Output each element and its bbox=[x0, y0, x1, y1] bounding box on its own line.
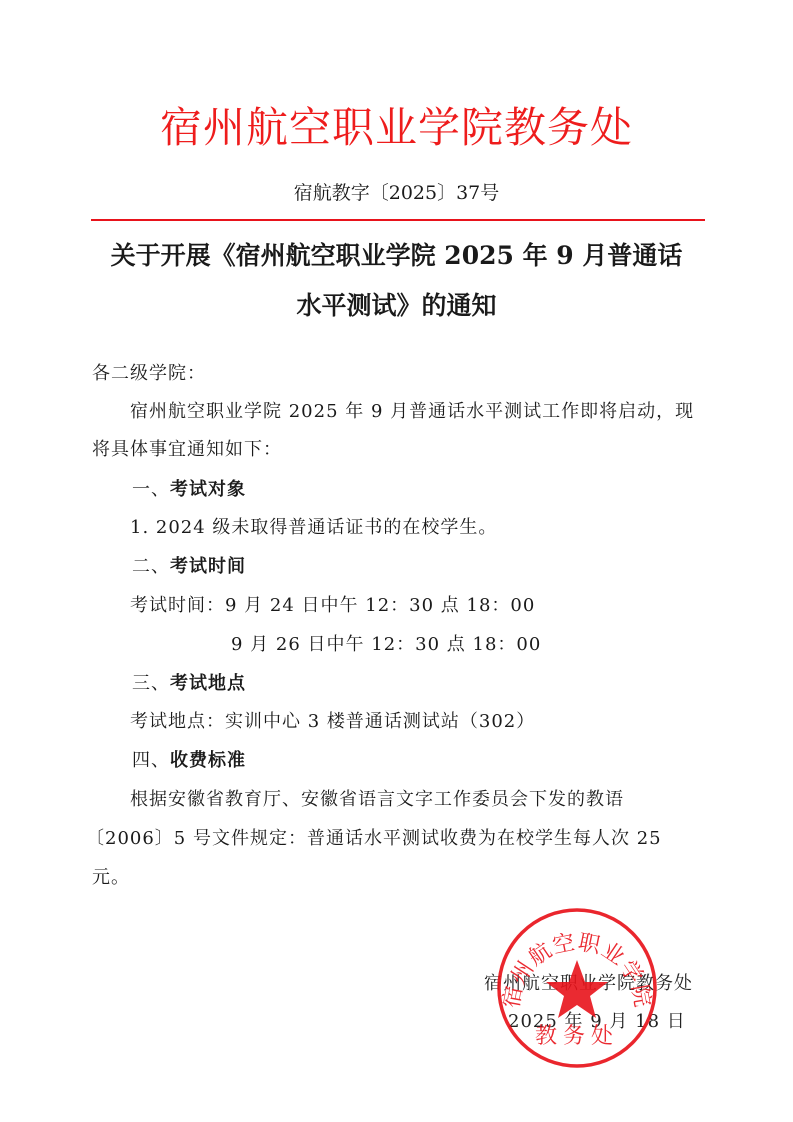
org-letterhead-title: 宿州航空职业学院教务处 bbox=[0, 100, 793, 156]
official-seal-icon: 宿州航空职业学院 教务处 bbox=[495, 905, 659, 1071]
seal-bottom-text: 教务处 bbox=[535, 1024, 619, 1049]
fee-standard-line-1: 根据安徽省教育厅、安徽省语言文字工作委员会下发的教语 bbox=[130, 788, 624, 812]
section-heading-fee-standard: 四、收费标准 bbox=[132, 749, 246, 773]
section-heading-exam-target: 一、考试对象 bbox=[132, 478, 246, 502]
intro-paragraph-line-2: 将具体事宜通知如下： bbox=[92, 438, 282, 462]
exam-location-line: 考试地点：实训中心 3 楼普通话测试站（302） bbox=[130, 710, 535, 734]
fee-standard-line-2: 〔2006〕5 号文件规定：普通话水平测试收费为在校学生每人次 25 bbox=[86, 827, 662, 851]
document-number: 宿航教字〔2025〕37号 bbox=[0, 180, 793, 206]
exam-time-line-2: 9 月 26 日中午 12：30 点 18：00 bbox=[231, 633, 541, 657]
section-heading-exam-time: 二、考试时间 bbox=[132, 555, 246, 579]
red-divider-line bbox=[91, 219, 705, 221]
intro-paragraph-line-1: 宿州航空职业学院 2025 年 9 月普通话水平测试工作即将启动，现 bbox=[130, 400, 694, 424]
exam-target-item: 1. 2024 级未取得普通话证书的在校学生。 bbox=[130, 516, 497, 540]
notice-title-line-1: 关于开展《宿州航空职业学院 2025 年 9 月普通话 bbox=[0, 239, 793, 273]
fee-standard-line-3: 元。 bbox=[92, 866, 130, 890]
exam-time-line-1: 考试时间：9 月 24 日中午 12：30 点 18：00 bbox=[130, 594, 535, 618]
section-heading-exam-location: 三、考试地点 bbox=[132, 672, 246, 696]
notice-title-line-2: 水平测试》的通知 bbox=[0, 289, 793, 323]
salutation: 各二级学院： bbox=[92, 362, 206, 386]
